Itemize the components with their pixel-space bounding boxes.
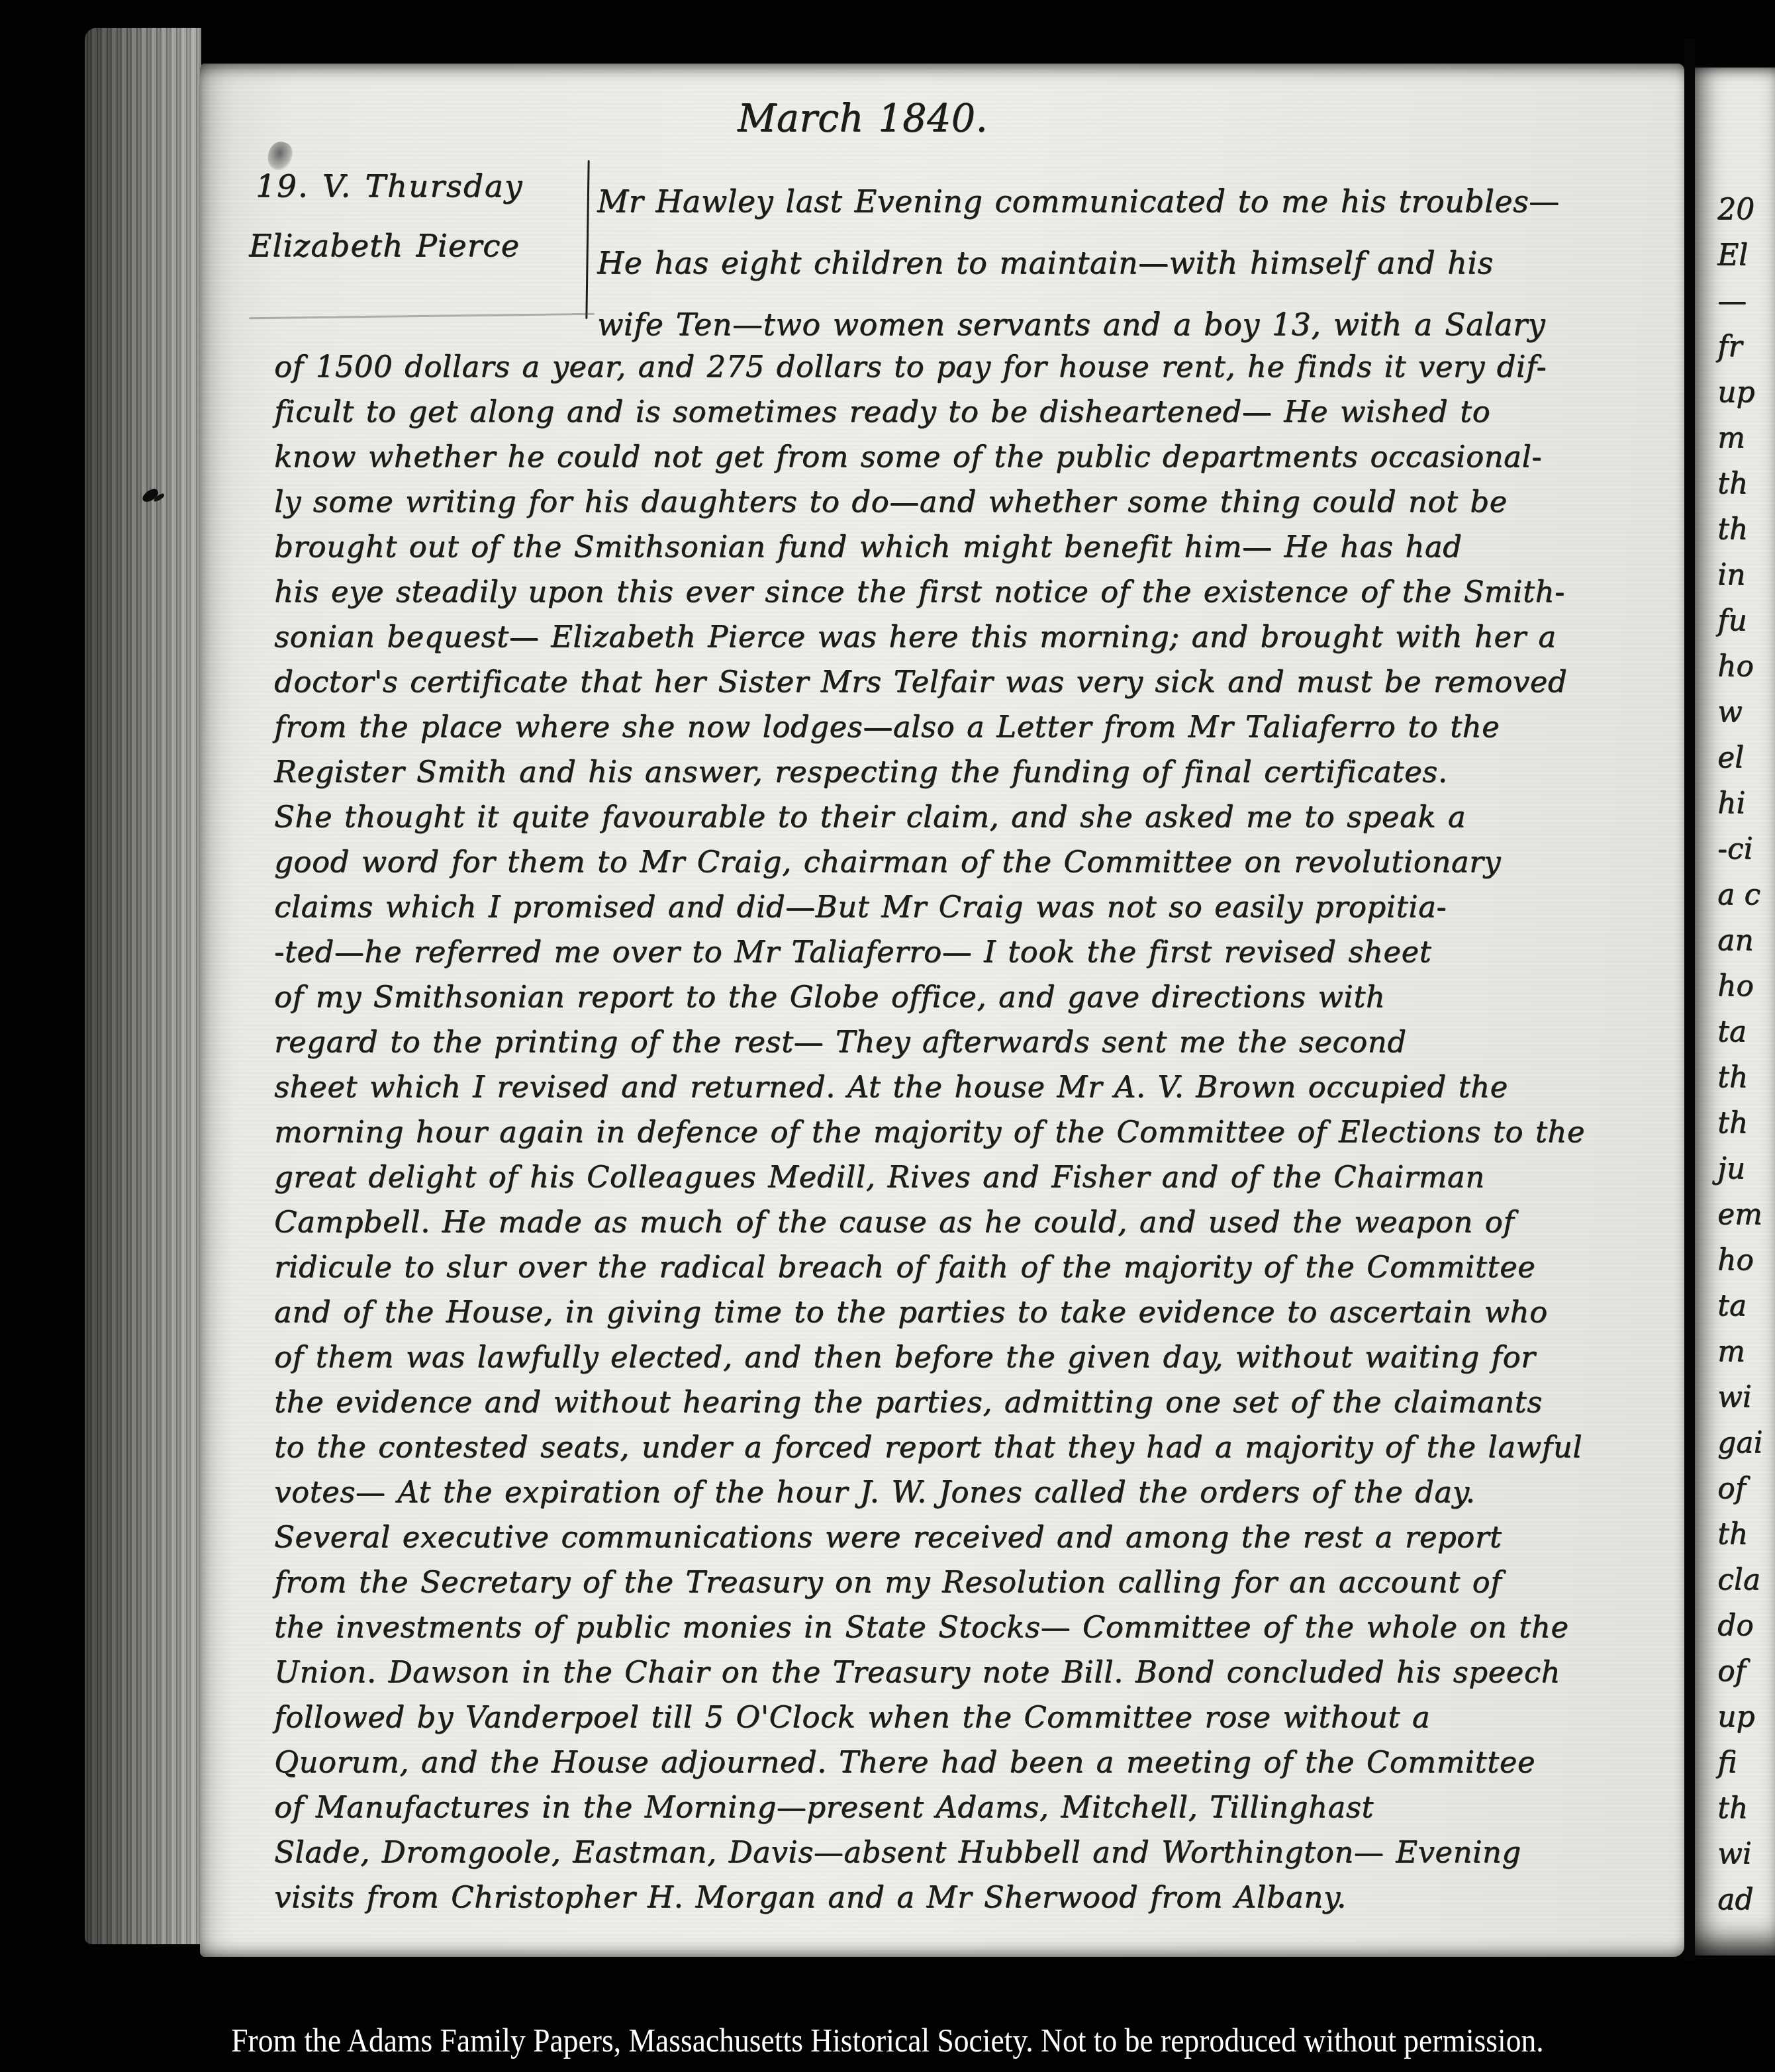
entry-line: Slade, Dromgoole, Eastman, Davis—absent … (274, 1830, 1680, 1875)
entry-line: Campbell. He made as much of the cause a… (274, 1200, 1680, 1245)
fragment-line: -ci (1717, 826, 1775, 872)
fragment-line: th (1717, 461, 1775, 506)
page-title-date: March 1840. (738, 97, 988, 140)
entry-line: of them was lawfully elected, and then b… (274, 1335, 1680, 1380)
fragment-line: a c (1717, 872, 1775, 918)
entry-line: Mr Hawley last Evening communicated to m… (597, 171, 1680, 232)
entry-line: of my Smithsonian report to the Globe of… (274, 974, 1680, 1019)
fragment-line: do (1717, 1603, 1775, 1648)
fragment-line: wi (1717, 1374, 1775, 1420)
fragment-line: ta (1717, 1283, 1775, 1329)
fragment-line: cla (1717, 1557, 1775, 1603)
fragment-line: m (1717, 415, 1775, 461)
fragment-line: ho (1717, 1237, 1775, 1283)
fragment-line: wi (1717, 1831, 1775, 1877)
fragment-line: in (1717, 552, 1775, 598)
fragment-line: th (1717, 1100, 1775, 1146)
fragment-line: ho (1717, 963, 1775, 1009)
fragment-line: of (1717, 1466, 1775, 1511)
fragment-line: ju (1717, 1146, 1775, 1192)
entry-line: Several executive communications were re… (274, 1515, 1680, 1560)
entry-line: the investments of public monies in Stat… (274, 1605, 1680, 1650)
entry-line: ly some writing for his daughters to do—… (274, 479, 1680, 524)
margin-entry-date: 19. V. Thursday (256, 168, 523, 205)
entry-line: from the Secretary of the Treasury on my… (274, 1560, 1680, 1605)
entry-line: -ted—he referred me over to Mr Taliaferr… (274, 929, 1680, 974)
entry-line: from the place where she now lodges—also… (274, 704, 1680, 749)
entry-line: She thought it quite favourable to their… (274, 794, 1680, 839)
fragment-line: — (1717, 278, 1775, 324)
next-page-sliver: 20El—frupmththinfuhowelhi-cia canhotatht… (1695, 68, 1775, 1955)
entry-line: the evidence and without hearing the par… (274, 1380, 1680, 1425)
entry-line: Register Smith and his answer, respectin… (274, 749, 1680, 794)
entry-line: great delight of his Colleagues Medill, … (274, 1154, 1680, 1200)
fragment-line: th (1717, 506, 1775, 552)
fragment-line: gai (1717, 1420, 1775, 1466)
entry-line: Union. Dawson in the Chair on the Treasu… (274, 1650, 1680, 1695)
fragment-line: fr (1717, 324, 1775, 369)
fragment-line: El (1717, 232, 1775, 278)
fragment-line: up (1717, 369, 1775, 415)
fragment-line: hi (1717, 780, 1775, 826)
margin-pencil-rule (249, 313, 595, 319)
entry-line: ridicule to slur over the radical breach… (274, 1245, 1680, 1290)
margin-divider-line (585, 160, 589, 319)
entry-line: of Manufactures in the Morning—present A… (274, 1785, 1680, 1830)
entry-line: his eye steadily upon this ever since th… (274, 569, 1680, 614)
page-gutter-shadow (1684, 38, 1695, 1961)
entry-line: sheet which I revised and returned. At t… (274, 1064, 1680, 1109)
page-edge-speck (140, 487, 160, 504)
entry-line: Quorum, and the House adjourned. There h… (274, 1740, 1680, 1785)
book-page-edge-strip (85, 28, 201, 1944)
entry-line: brought out of the Smithsonian fund whic… (274, 524, 1680, 569)
entry-line: He has eight children to maintain—with h… (597, 232, 1680, 294)
entry-line: and of the House, in giving time to the … (274, 1290, 1680, 1335)
fragment-line: ho (1717, 643, 1775, 689)
entry-line: ficult to get along and is sometimes rea… (274, 389, 1680, 434)
entry-line: morning hour again in defence of the maj… (274, 1109, 1680, 1154)
entry-line: know whether he could not get from some … (274, 434, 1680, 479)
entry-line: followed by Vanderpoel till 5 O'Clock wh… (274, 1695, 1680, 1740)
entry-body-lines: of 1500 dollars a year, and 275 dollars … (274, 344, 1680, 1920)
entry-line: regard to the printing of the rest— They… (274, 1019, 1680, 1064)
fragment-line: up (1717, 1694, 1775, 1740)
fragment-line: em (1717, 1192, 1775, 1237)
footer-credit: From the Adams Family Papers, Massachuse… (26, 2022, 1749, 2060)
next-page-fragments: 20El—frupmththinfuhowelhi-cia canhotatht… (1695, 68, 1775, 1922)
fragment-line: th (1717, 1055, 1775, 1100)
fragment-line: th (1717, 1785, 1775, 1831)
margin-entry-name: Elizabeth Pierce (249, 228, 520, 264)
entry-line: good word for them to Mr Craig, chairman… (274, 839, 1680, 884)
fragment-line: 20 (1717, 187, 1775, 232)
entry-opening-lines: Mr Hawley last Evening communicated to m… (597, 171, 1680, 355)
entry-line: claims which I promised and did—But Mr C… (274, 884, 1680, 929)
entry-line: sonian bequest— Elizabeth Pierce was her… (274, 614, 1680, 659)
fragment-line: ta (1717, 1009, 1775, 1055)
fragment-line: th (1717, 1511, 1775, 1557)
entry-line: doctor's certificate that her Sister Mrs… (274, 659, 1680, 704)
diary-page: March 1840. 19. V. Thursday Elizabeth Pi… (200, 64, 1684, 1957)
fragment-line: an (1717, 918, 1775, 963)
fragment-line: m (1717, 1329, 1775, 1374)
fragment-line: fu (1717, 598, 1775, 643)
fragment-line: fi (1717, 1740, 1775, 1785)
entry-line: visits from Christopher H. Morgan and a … (274, 1875, 1680, 1920)
entry-line: to the contested seats, under a forced r… (274, 1425, 1680, 1470)
fragment-line: w (1717, 689, 1775, 735)
fragment-line: el (1717, 735, 1775, 780)
fragment-line: ad (1717, 1877, 1775, 1922)
entry-line: of 1500 dollars a year, and 275 dollars … (274, 344, 1680, 389)
entry-line: votes— At the expiration of the hour J. … (274, 1470, 1680, 1515)
fragment-line: of (1717, 1648, 1775, 1694)
scanned-diary-page: March 1840. 19. V. Thursday Elizabeth Pi… (0, 0, 1775, 2072)
